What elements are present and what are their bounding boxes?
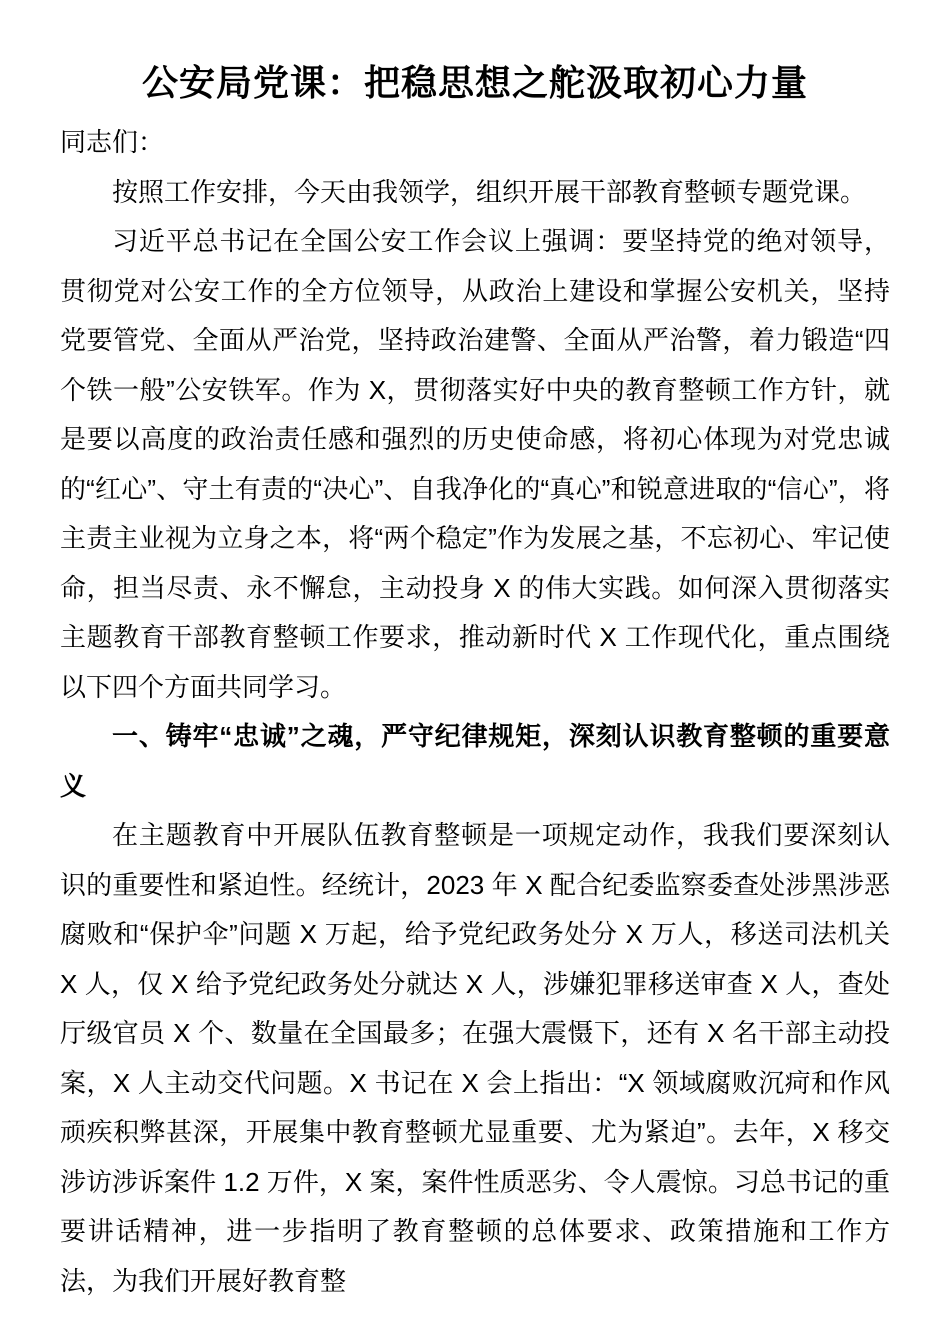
document-title: 公安局党课：把稳思想之舵汲取初心力量: [60, 56, 890, 110]
document-page: 公安局党课：把稳思想之舵汲取初心力量 同志们： 按照工作安排，今天由我领学，组织…: [0, 0, 950, 1344]
paragraph-opening: 按照工作安排，今天由我领学，组织开展干部教育整顿专题党课。: [60, 168, 890, 218]
paragraph-xi-speech: 习近平总书记在全国公安工作会议上强调：要坚持党的绝对领导，贯彻党对公安工作的全方…: [60, 217, 890, 712]
document-body: 同志们： 按照工作安排，今天由我领学，组织开展干部教育整顿专题党课。 习近平总书…: [60, 118, 890, 1306]
paragraph-stats: 在主题教育中开展队伍教育整顿是一项规定动作，我我们要深刻认识的重要性和紧迫性。经…: [60, 811, 890, 1306]
salutation-line: 同志们：: [60, 118, 890, 168]
section-heading-one: 一、铸牢“忠诚”之魂，严守纪律规矩，深刻认识教育整顿的重要意义: [60, 712, 890, 811]
